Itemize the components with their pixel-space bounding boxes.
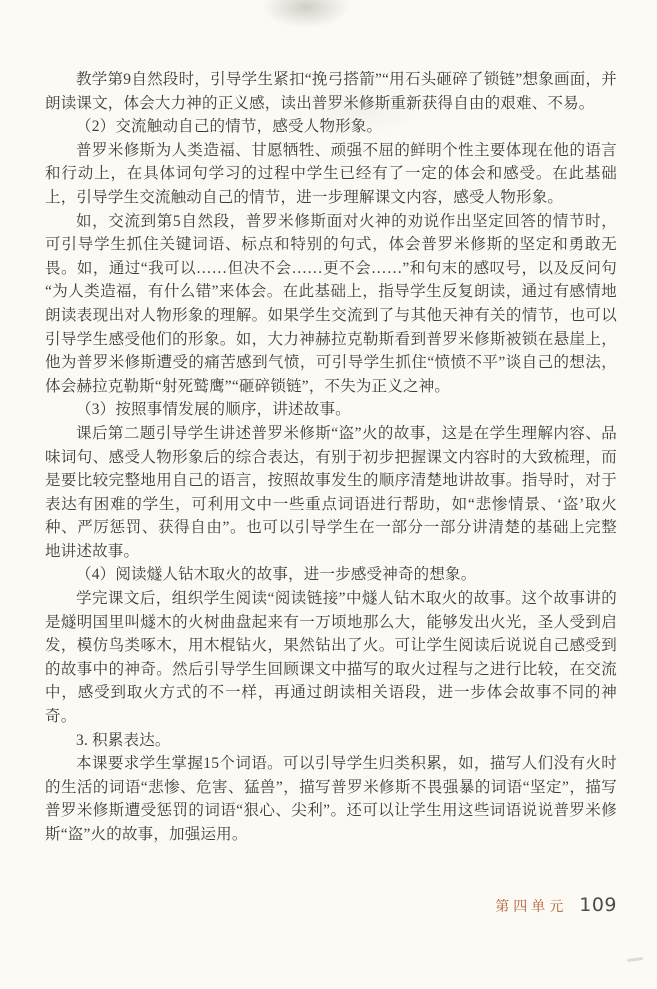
paragraph: （2）交流触动自己的情节，感受人物形象。 xyxy=(45,115,617,139)
document-body: 教学第9自然段时，引导学生紧扣“挽弓搭箭”“用石头砸碎了锁链”想象画面，并朗读课… xyxy=(45,68,617,847)
page: 教学第9自然段时，引导学生紧扣“挽弓搭箭”“用石头砸碎了锁链”想象画面，并朗读课… xyxy=(0,0,657,989)
paragraph: 如，交流到第5自然段，普罗米修斯面对火神的劝说作出坚定回答的情节时，可引导学生抓… xyxy=(45,210,617,399)
paragraph: 本课要求学生掌握15个词语。可以引导学生归类积累，如，描写人们没有火时的生活的词… xyxy=(45,752,617,846)
paragraph: 普罗米修斯为人类造福、甘愿牺牲、顽强不屈的鲜明个性主要体现在他的语言和行动上，在… xyxy=(45,139,617,210)
paragraph: （3）按照事情发展的顺序，讲述故事。 xyxy=(45,398,617,422)
paragraph: 课后第二题引导学生讲述普罗米修斯“盗”火的故事，这是在学生理解内容、品味词句、感… xyxy=(45,422,617,564)
paragraph: 学完课文后，组织学生阅读“阅读链接”中燧人钻木取火的故事。这个故事讲的是燧明国里… xyxy=(45,587,617,729)
scan-smudge xyxy=(262,0,350,28)
scan-edge-mark xyxy=(627,957,643,962)
footer-page-number: 109 xyxy=(579,894,617,916)
paragraph: 3. 积累表达。 xyxy=(45,729,617,753)
paragraph: （4）阅读燧人钻木取火的故事，进一步感受神奇的想象。 xyxy=(45,563,617,587)
paragraph: 教学第9自然段时，引导学生紧扣“挽弓搭箭”“用石头砸碎了锁链”想象画面，并朗读课… xyxy=(45,68,617,115)
page-footer: 第四单元 109 xyxy=(495,894,617,916)
footer-unit-label: 第四单元 xyxy=(495,896,567,916)
